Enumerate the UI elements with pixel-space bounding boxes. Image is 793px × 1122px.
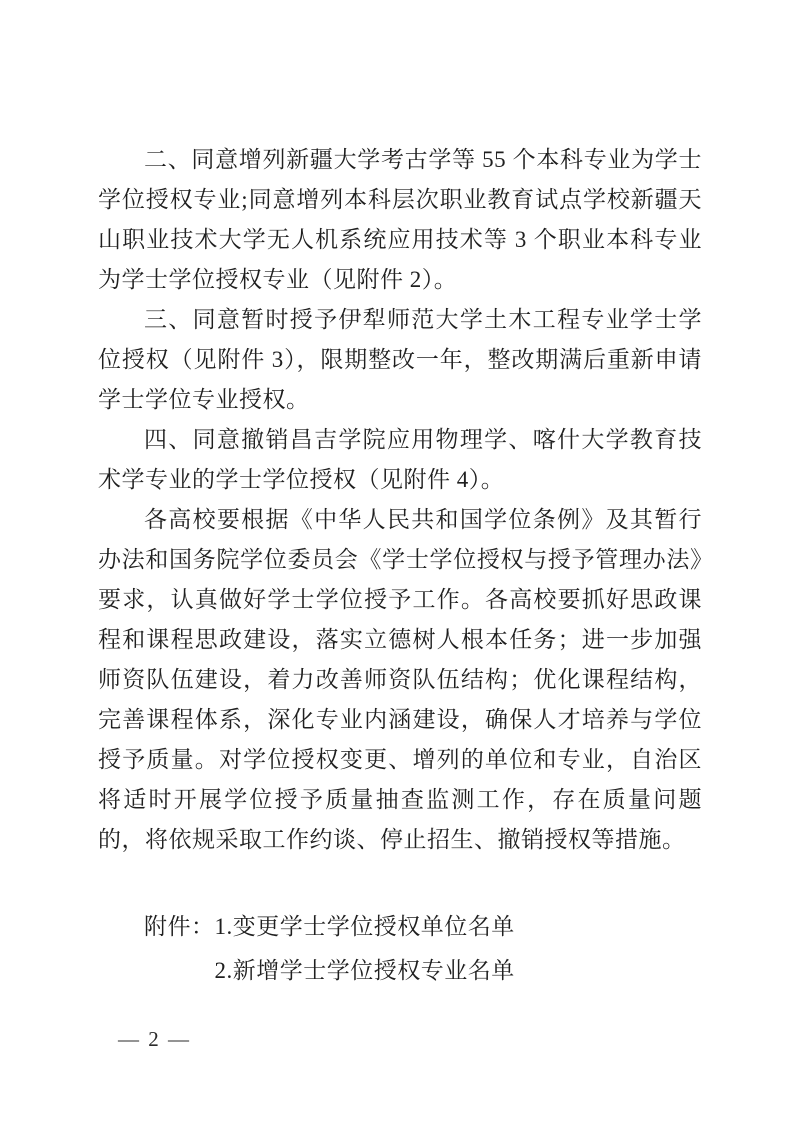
attachments-section: 附件： 1.变更学士学位授权单位名单 2.新增学士学位授权专业名单 [98,905,702,993]
attachment-item-2: 2.新增学士学位授权专业名单 [215,949,515,993]
attachment-item-1: 1.变更学士学位授权单位名单 [215,905,515,949]
body-paragraph-3: 三、同意暂时授予伊犁师范大学土木工程专业学士学位授权（见附件 3），限期整改一年… [98,300,702,420]
body-paragraph-2: 二、同意增列新疆大学考古学等 55 个本科专业为学士学位授权专业;同意增列本科层… [98,140,702,300]
document-body: 二、同意增列新疆大学考古学等 55 个本科专业为学士学位授权专业;同意增列本科层… [98,140,702,860]
body-paragraph-4: 四、同意撤销昌吉学院应用物理学、喀什大学教育技术学专业的学士学位授权（见附件 4… [98,420,702,500]
body-paragraph-closing: 各高校要根据《中华人民共和国学位条例》及其暂行办法和国务院学位委员会《学士学位授… [98,500,702,860]
page-number: — 2 — [118,1027,191,1052]
attachments-label: 附件： [144,905,215,949]
document-page: 二、同意增列新疆大学考古学等 55 个本科专业为学士学位授权专业;同意增列本科层… [0,0,793,1122]
attachments-list: 1.变更学士学位授权单位名单 2.新增学士学位授权专业名单 [215,905,515,993]
